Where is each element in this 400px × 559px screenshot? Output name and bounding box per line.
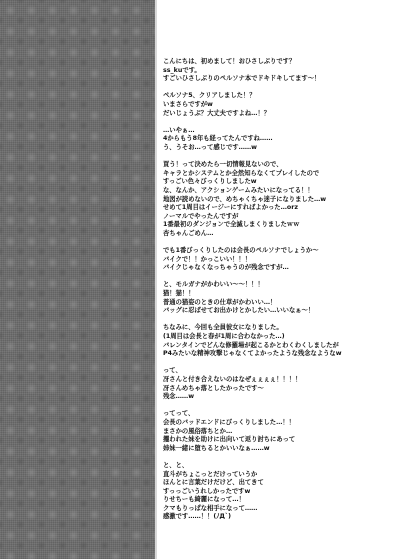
text-line: 猫！猫！！ [163,290,395,299]
paragraph-romance: ちなみに、今回も全員彼女になりました。 (1周目は会長と春が1周に合わなかった…… [163,324,395,358]
text-line: バレンタインでどんな修羅場が起こるかとわくわくしましたが [163,342,395,351]
paragraph-years: …いやぁ… 4からもう8年も経ってたんですね…… う、うそお…って感じです……w [163,127,395,153]
text-line: 冴さんと付き合えないのはなぜぇぇぇぇ！！！！ [163,376,395,385]
decorative-pattern-strip [0,0,155,559]
text-line: バッグに忍ばせてお出かけとかしたい…いいなぁ～！ [163,307,395,316]
text-line: 普通の猫姿のときの仕草がかわいい…！ [163,299,395,308]
text-line: 姉妹一緒に堕ちるとかいいなぁ……w [163,445,395,454]
text-line: ss_kuです。 [163,67,395,76]
strip-edge-divider [155,0,157,559]
text-line: せめて1周目はイージーにすればよかった…orz [163,204,395,213]
text-line: すっごい色々びっくりしましたw [163,178,395,187]
text-line: と、モルガナがかわいい～～！！！ [163,281,395,290]
text-line: 買う！って決めたら一切情報見ないので、 [163,161,395,170]
text-line: ノーマルでやったんですが [163,213,395,222]
text-line: ペルソナ5、クリアしました！？ [163,92,395,101]
text-line: P4みたいな精神攻撃じゃなくてよかったような残念なようなw [163,350,395,359]
text-line: 残念……w [163,393,395,402]
text-line: 1番最初のダンジョンで全滅しまくりましたｗｗ [163,221,395,230]
text-line: ちなみに、今回も全員彼女になりました。 [163,324,395,333]
text-line: 4からもう8年も経ってたんですね…… [163,135,395,144]
text-line: まさかの風俗落ちとか… [163,428,395,437]
text-line: 直斗がちょこっとだけっていうか [163,471,395,480]
text-line: ってって、 [163,410,395,419]
text-line: 地図が読めないので、めちゃくちゃ迷子になりました…w [163,196,395,205]
text-line: こんにちは、初めまして！おひさしぶりです？ [163,58,395,67]
text-line: いまさらですがw [163,101,395,110]
text-line: だいじょうぶ？大丈夫ですよね…！？ [163,110,395,119]
paragraph-cleared: ペルソナ5、クリアしました！？ いまさらですがw だいじょうぶ？大丈夫ですよね…… [163,92,395,118]
paragraph-morgana: と、モルガナがかわいい～～！！！ 猫！猫！！ 普通の猫姿のときの仕草がかわいい…… [163,281,395,315]
text-line: って、 [163,367,395,376]
text-line: でも1番びっくりしたのは会長のペルソナでしょうか～ [163,247,395,256]
text-line: な、なんか、アクションゲームみたいになってる！！ [163,187,395,196]
text-line: すっっごいうれしかったですw [163,488,395,497]
text-line: りせちーも綺麗になって…！ [163,496,395,505]
text-line: すごいひさしぶりのペルソナ本でドキドキしてます～！ [163,75,395,84]
text-line: (1周目は会長と春が1周に合わなかった…) [163,333,395,342]
text-line: バイクで！！かっこいい！！！ [163,256,395,265]
text-line: 杏ちゃんごめん… [163,230,395,239]
paragraph-greeting: こんにちは、初めまして！おひさしぶりです？ ss_kuです。 すごいひさしぶりの… [163,58,395,84]
paragraph-gameplay: 買う！って決めたら一切情報見ないので、 キャラとかシステムとか全然知らなくてプレ… [163,161,395,238]
text-line: ほんとに言葉だけだけど、出てきて [163,479,395,488]
paragraph-sae: って、 冴さんと付き合えないのはなぜぇぇぇぇ！！！！ 冴さんめちゃ落としたかった… [163,367,395,401]
text-line: と、と、 [163,462,395,471]
text-line: バイクじゃなくなっちゃうのが残念ですが… [163,264,395,273]
paragraph-cameos: と、と、 直斗がちょこっとだけっていうか ほんとに言葉だけだけど、出てきて すっ… [163,462,395,522]
paragraph-persona: でも1番びっくりしたのは会長のペルソナでしょうか～ バイクで！！かっこいい！！！… [163,247,395,273]
text-line: う、うそお…って感じです……w [163,144,395,153]
text-line: 攫われた妹を助けに出向いて返り討ちにあって [163,436,395,445]
text-line: 冴さんめちゃ落としたかったです～ [163,385,395,394]
paragraph-bad-end: ってって、 会長のバッドエンドにびっくりしました…！！ まさかの風俗落ちとか… … [163,410,395,453]
afterword-text: こんにちは、初めまして！おひさしぶりです？ ss_kuです。 すごいひさしぶりの… [163,58,395,531]
text-line: 感激です……！！(ﾉД`) [163,513,395,522]
text-line: 会長のバッドエンドにびっくりしました…！！ [163,419,395,428]
